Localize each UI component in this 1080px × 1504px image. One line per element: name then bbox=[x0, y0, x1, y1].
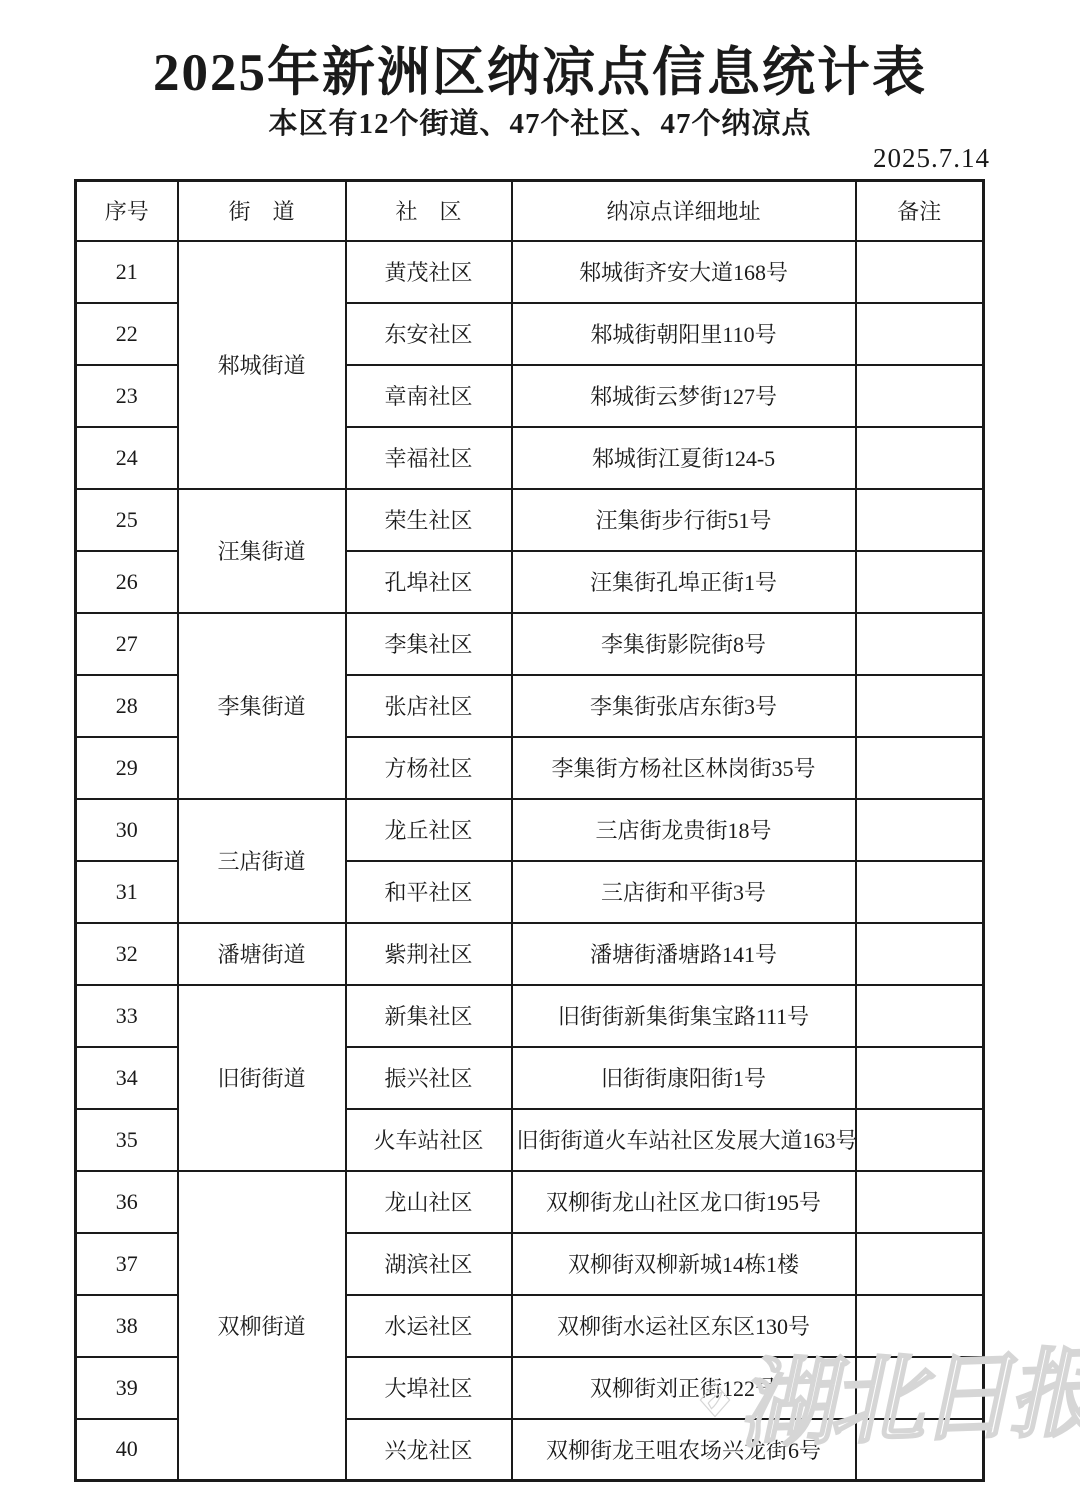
document-page: 2025年新洲区纳凉点信息统计表 本区有12个街道、47个社区、47个纳凉点 2… bbox=[0, 0, 1080, 1504]
cell-remark bbox=[856, 737, 984, 799]
cell-no: 29 bbox=[76, 737, 178, 799]
cell-community: 振兴社区 bbox=[346, 1047, 512, 1109]
cell-no: 28 bbox=[76, 675, 178, 737]
cell-remark bbox=[856, 427, 984, 489]
cell-remark bbox=[856, 1171, 984, 1233]
cell-community: 湖滨社区 bbox=[346, 1233, 512, 1295]
cell-no: 32 bbox=[76, 923, 178, 985]
cell-remark bbox=[856, 861, 984, 923]
cell-address: 双柳街龙王咀农场兴龙街6号 bbox=[512, 1419, 856, 1481]
cell-community: 李集社区 bbox=[346, 613, 512, 675]
cell-community: 方杨社区 bbox=[346, 737, 512, 799]
cell-street: 李集街道 bbox=[178, 613, 346, 799]
cell-remark bbox=[856, 1357, 984, 1419]
cell-street: 邾城街道 bbox=[178, 241, 346, 489]
cell-address: 李集街张店东街3号 bbox=[512, 675, 856, 737]
cell-community: 荣生社区 bbox=[346, 489, 512, 551]
cell-no: 25 bbox=[76, 489, 178, 551]
table-row: 30三店街道龙丘社区三店街龙贵街18号 bbox=[76, 799, 984, 861]
cell-address: 双柳街龙山社区龙口街195号 bbox=[512, 1171, 856, 1233]
cell-address: 邾城街齐安大道168号 bbox=[512, 241, 856, 303]
cell-no: 30 bbox=[76, 799, 178, 861]
cell-remark bbox=[856, 985, 984, 1047]
cell-address: 潘塘街潘塘路141号 bbox=[512, 923, 856, 985]
cell-community: 和平社区 bbox=[346, 861, 512, 923]
cell-no: 37 bbox=[76, 1233, 178, 1295]
cell-remark bbox=[856, 489, 984, 551]
cell-remark bbox=[856, 613, 984, 675]
cell-street: 双柳街道 bbox=[178, 1171, 346, 1481]
cell-street: 三店街道 bbox=[178, 799, 346, 923]
cell-no: 23 bbox=[76, 365, 178, 427]
cell-no: 31 bbox=[76, 861, 178, 923]
cell-community: 火车站社区 bbox=[346, 1109, 512, 1171]
cell-street: 旧街街道 bbox=[178, 985, 346, 1171]
cell-address: 三店街和平街3号 bbox=[512, 861, 856, 923]
cell-remark bbox=[856, 1109, 984, 1171]
table-row: 32潘塘街道紫荆社区潘塘街潘塘路141号 bbox=[76, 923, 984, 985]
table-row: 27李集街道李集社区李集街影院街8号 bbox=[76, 613, 984, 675]
table-header-row: 序号 街 道 社 区 纳凉点详细地址 备注 bbox=[76, 181, 984, 241]
cell-community: 龙山社区 bbox=[346, 1171, 512, 1233]
cell-remark bbox=[856, 551, 984, 613]
cell-address: 双柳街双柳新城14栋1楼 bbox=[512, 1233, 856, 1295]
document-subtitle: 本区有12个街道、47个社区、47个纳凉点 bbox=[0, 101, 1080, 142]
cell-address: 三店街龙贵街18号 bbox=[512, 799, 856, 861]
document-date: 2025.7.14 bbox=[0, 143, 990, 174]
cell-no: 26 bbox=[76, 551, 178, 613]
cell-address: 旧街街康阳街1号 bbox=[512, 1047, 856, 1109]
cell-address: 旧街街道火车站社区发展大道163号 bbox=[512, 1109, 856, 1171]
cell-no: 34 bbox=[76, 1047, 178, 1109]
cell-no: 36 bbox=[76, 1171, 178, 1233]
cell-address: 邾城街朝阳里110号 bbox=[512, 303, 856, 365]
cell-remark bbox=[856, 303, 984, 365]
cell-street: 潘塘街道 bbox=[178, 923, 346, 985]
column-header-street: 街 道 bbox=[178, 181, 346, 241]
cell-address: 李集街方杨社区林岗街35号 bbox=[512, 737, 856, 799]
cell-no: 40 bbox=[76, 1419, 178, 1481]
cell-remark bbox=[856, 675, 984, 737]
cell-community: 章南社区 bbox=[346, 365, 512, 427]
cell-remark bbox=[856, 799, 984, 861]
cell-address: 汪集街孔埠正街1号 bbox=[512, 551, 856, 613]
cell-remark bbox=[856, 1233, 984, 1295]
column-header-no: 序号 bbox=[76, 181, 178, 241]
cell-no: 21 bbox=[76, 241, 178, 303]
cell-community: 孔埠社区 bbox=[346, 551, 512, 613]
cell-community: 兴龙社区 bbox=[346, 1419, 512, 1481]
cell-community: 黄茂社区 bbox=[346, 241, 512, 303]
table-row: 36双柳街道龙山社区双柳街龙山社区龙口街195号 bbox=[76, 1171, 984, 1233]
cell-no: 22 bbox=[76, 303, 178, 365]
column-header-remark: 备注 bbox=[856, 181, 984, 241]
cell-community: 龙丘社区 bbox=[346, 799, 512, 861]
cell-community: 水运社区 bbox=[346, 1295, 512, 1357]
cell-address: 邾城街云梦街127号 bbox=[512, 365, 856, 427]
cell-remark bbox=[856, 923, 984, 985]
cell-community: 东安社区 bbox=[346, 303, 512, 365]
cell-remark bbox=[856, 365, 984, 427]
cell-no: 38 bbox=[76, 1295, 178, 1357]
table-row: 25汪集街道荣生社区汪集街步行街51号 bbox=[76, 489, 984, 551]
cell-address: 双柳街水运社区东区130号 bbox=[512, 1295, 856, 1357]
document-title: 2025年新洲区纳凉点信息统计表 bbox=[0, 30, 1080, 106]
cell-remark bbox=[856, 241, 984, 303]
table-body: 21邾城街道黄茂社区邾城街齐安大道168号22东安社区邾城街朝阳里110号23章… bbox=[76, 241, 984, 1481]
cell-remark bbox=[856, 1295, 984, 1357]
cell-remark bbox=[856, 1047, 984, 1109]
column-header-address: 纳凉点详细地址 bbox=[512, 181, 856, 241]
cell-remark bbox=[856, 1419, 984, 1481]
cell-address: 邾城街江夏街124-5 bbox=[512, 427, 856, 489]
cell-community: 新集社区 bbox=[346, 985, 512, 1047]
cell-community: 大埠社区 bbox=[346, 1357, 512, 1419]
cell-no: 35 bbox=[76, 1109, 178, 1171]
column-header-community: 社 区 bbox=[346, 181, 512, 241]
table-row: 21邾城街道黄茂社区邾城街齐安大道168号 bbox=[76, 241, 984, 303]
cell-community: 紫荆社区 bbox=[346, 923, 512, 985]
cooling-points-table: 序号 街 道 社 区 纳凉点详细地址 备注 21邾城街道黄茂社区邾城街齐安大道1… bbox=[74, 179, 985, 1482]
cell-no: 27 bbox=[76, 613, 178, 675]
cell-address: 旧街街新集街集宝路111号 bbox=[512, 985, 856, 1047]
table-row: 33旧街街道新集社区旧街街新集街集宝路111号 bbox=[76, 985, 984, 1047]
cell-address: 双柳街刘正街122号 bbox=[512, 1357, 856, 1419]
cell-address: 汪集街步行街51号 bbox=[512, 489, 856, 551]
cell-community: 幸福社区 bbox=[346, 427, 512, 489]
cell-no: 24 bbox=[76, 427, 178, 489]
cell-address: 李集街影院街8号 bbox=[512, 613, 856, 675]
cell-street: 汪集街道 bbox=[178, 489, 346, 613]
cell-community: 张店社区 bbox=[346, 675, 512, 737]
cell-no: 39 bbox=[76, 1357, 178, 1419]
cell-no: 33 bbox=[76, 985, 178, 1047]
